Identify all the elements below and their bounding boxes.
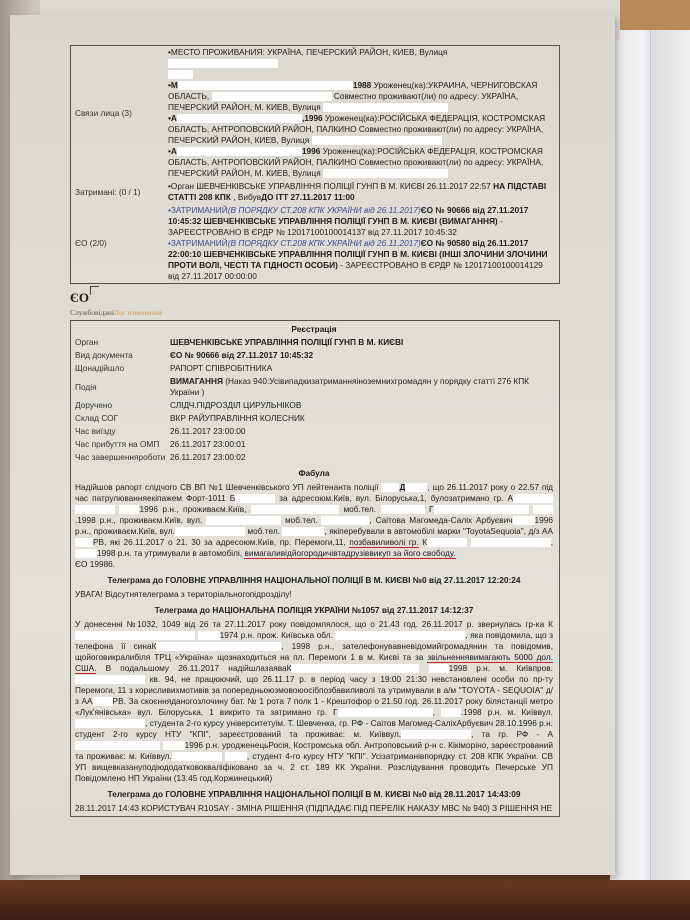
text: .1998 р.н., проживаєм.Київ, вул.: [75, 515, 202, 525]
redaction: [405, 483, 427, 492]
telegram-body: УВАГА! Відсутнятелеграма з територіально…: [75, 589, 553, 600]
fabula-text: Надійшов рапорт слідчого СВ ВП №1 Шевчен…: [75, 482, 553, 570]
eo-note: (В ПОРЯДКУ СТ.208 КПК УКРАЇНИ від 26.11.…: [228, 205, 421, 215]
eo-entry: •ЗАТРИМАНИЙ(В ПОРЯДКУ СТ.208 КПК УКРАЇНИ…: [168, 238, 553, 282]
redaction: [75, 549, 97, 558]
reg-value: 26.11.2017 23:00:00: [170, 426, 553, 437]
reg-row-departure: Час виїзду 26.11.2017 23:00:00: [75, 426, 553, 437]
redaction: [212, 92, 332, 101]
redaction: [93, 697, 113, 706]
redaction: [168, 70, 193, 79]
reg-key: Щонадійшло: [75, 363, 170, 374]
redaction: [335, 631, 465, 640]
redaction: [381, 483, 399, 492]
redaction: [119, 505, 139, 514]
reg-key: Орган: [75, 337, 170, 348]
reg-value: ШЕВЧЕНКІВСЬКЕ УПРАВЛІННЯ ПОЛІЦІЇ ГУНП В …: [170, 337, 553, 348]
label-eo: ЄО (2/0): [71, 204, 166, 283]
redaction: [172, 752, 222, 761]
text: Надійшов рапорт слідчого СВ ВП №1 Шевчен…: [75, 482, 379, 492]
redaction: [177, 114, 302, 123]
event-type: ВИМАГАННЯ: [170, 376, 223, 386]
text: 1998 р.н. та утримували в автомобілі,: [97, 548, 244, 558]
redaction: [168, 59, 278, 68]
reg-key: Склад СОГ: [75, 413, 170, 424]
reg-value: 26.11.2017 23:00:01: [170, 439, 553, 450]
redaction: [513, 516, 535, 525]
redaction: [441, 708, 461, 717]
reg-row-arrival: Час прибуття на ОМП 26.11.2017 23:00:01: [75, 439, 553, 450]
text: 1974 р.н. прож. Київська обл.: [220, 630, 333, 640]
redaction: [401, 730, 471, 739]
redaction: [178, 81, 353, 90]
desk-surface: [0, 880, 690, 920]
reg-value: СЛІДЧ.ПІДРОЗДІЛ ЦИРУЛЬНІКОВ: [170, 400, 553, 411]
redaction: [323, 103, 448, 112]
entry-year: 1988: [353, 80, 371, 90]
text: моб.тел.: [339, 504, 376, 514]
reg-value: РАПОРТ СПІВРОБІТНИКА: [170, 363, 553, 374]
redaction: [235, 494, 275, 503]
redaction: [75, 631, 195, 640]
reg-value: ВКР РАЙУПРАВЛІННЯ КОЛЕСНИК: [170, 413, 553, 424]
label-links: Связи лица (3): [71, 46, 166, 180]
reg-key: Час прибуття на ОМП: [75, 439, 170, 450]
registration-title: Реєстрація: [75, 324, 553, 335]
person-info-table: Связи лица (3) •МЕСТО ПРОЖИВАНИЯ: УКРАЇН…: [70, 45, 560, 284]
redaction: [291, 664, 419, 673]
eo-heading-text: ЄО: [70, 290, 89, 305]
underlined-phrase: позбавиливолі гр.: [349, 537, 418, 548]
eo-entry: •ЗАТРИМАНИЙ(В ПОРЯДКУ СТ.208 КПК УКРАЇНИ…: [168, 205, 553, 238]
underlined-phrase: вимагаливідйогородичівтадрузіввикуп за й…: [244, 548, 455, 559]
link-entry: •МЕСТО ПРОЖИВАНИЯ: УКРАЇНА, ПЕЧЕРСКИЙ РА…: [168, 47, 553, 80]
detained-link[interactable]: •ЗАТРИМАНИЙ: [168, 238, 228, 248]
entry-text: •М: [168, 80, 178, 90]
text: ЄО 19986.: [75, 559, 115, 569]
document-content: Связи лица (3) •МЕСТО ПРОЖИВАНИЯ: УКРАЇН…: [70, 45, 560, 817]
corner-mark-icon: [90, 286, 99, 295]
entry-text: •А: [168, 146, 177, 156]
redaction: [312, 136, 442, 145]
reg-key: Час завершенняроботи: [75, 452, 170, 463]
redaction: [533, 505, 553, 514]
text: , якіперебували в автомобілі марки "Toyo…: [324, 526, 553, 536]
text: за адресоюм.Київ, вул. Білоруська,1, бул…: [275, 493, 513, 503]
redaction: [513, 494, 553, 503]
label-detained: Затримані: (0 / 1): [71, 180, 166, 204]
reg-row-doc-type: Вид документа ЄО № 90666 від 27.11.2017 …: [75, 350, 553, 361]
telegram-title: Телеграма до НАЦІОНАЛЬНА ПОЛІЦІЯ УКРАЇНИ…: [75, 605, 553, 616]
redaction: [206, 516, 281, 525]
entry-year: ,1996: [302, 113, 323, 123]
text: К: [419, 537, 427, 547]
reg-row-organ: Орган ШЕВЧЕНКІВСЬКЕ УПРАВЛІННЯ ПОЛІЦІЇ Г…: [75, 337, 553, 348]
detained-destination: ДО ІТТ 27.11.2017 11:00: [261, 192, 355, 202]
redaction: [434, 505, 529, 514]
text: У донесенні №1032, 1049 від 26 та 27.11.…: [75, 619, 553, 629]
reg-value: ЄО № 90666 від 27.11.2017 10:45:32: [170, 350, 553, 361]
redaction: [75, 719, 145, 728]
redaction: [251, 505, 339, 514]
text: , та гр. РФ - А: [471, 729, 553, 739]
telegram-body: У донесенні №1032, 1049 від 26 та 27.11.…: [75, 619, 553, 784]
text: 1996 р.н., проживаєм.Київ,: [139, 504, 246, 514]
reg-key: Час виїзду: [75, 426, 170, 437]
reg-value: ВИМАГАННЯ (Наказ 940:Усівипадкизатриманн…: [170, 376, 553, 398]
registration-box: Реєстрація Орган ШЕВЧЕНКІВСЬКЕ УПРАВЛІНН…: [70, 320, 560, 817]
reg-key: Подія: [75, 376, 170, 398]
change-log-link[interactable]: Лог изменений: [114, 308, 162, 317]
telegram-title: Телеграма до ГОЛОВНЕ УПРАВЛІННЯ НАЦІОНАЛ…: [75, 575, 553, 586]
reg-row-received: Щонадійшло РАПОРТ СПІВРОБІТНИКА: [75, 363, 553, 374]
text: моб.тел.: [245, 526, 280, 536]
entry-text: •А: [168, 113, 177, 123]
redaction: [427, 538, 467, 547]
link-entry: •А1996 Уроженец(ка):РОСІЙСЬКА ФЕДЕРАЦІЯ,…: [168, 146, 553, 179]
telegram-body: 28.11.2017 14:43 КОРИСТУВАЧ R10SAY - ЗМІ…: [75, 803, 553, 814]
reg-key: Доручено: [75, 400, 170, 411]
redaction: [381, 505, 425, 514]
paper-stack-right: [610, 30, 690, 920]
redaction: [163, 741, 185, 750]
redaction: [75, 505, 115, 514]
redaction: [323, 169, 448, 178]
detained-text: •Орган ШЕВЧЕНКІВСЬКЕ УПРАВЛІННЯ ПОЛІЦІЇ …: [168, 181, 493, 191]
detained-value: •Орган ШЕВЧЕНКІВСЬКЕ УПРАВЛІННЯ ПОЛІЦІЇ …: [166, 180, 559, 204]
text: В подальшому 26.11.2017 надійшлазаяваК: [96, 663, 291, 673]
redaction: [175, 527, 245, 536]
redaction: [338, 708, 433, 717]
reg-row-assigned: Доручено СЛІДЧ.ПІДРОЗДІЛ ЦИРУЛЬНІКОВ: [75, 400, 553, 411]
redaction: [471, 538, 551, 547]
redaction: [75, 675, 145, 684]
redaction: [75, 741, 160, 750]
sub-links: СлужбовіданіЛог изменений: [70, 308, 560, 317]
text: .1998 р.н. м. Київвул.: [461, 707, 553, 717]
redaction: [321, 516, 369, 525]
detained-link[interactable]: •ЗАТРИМАНИЙ: [168, 205, 228, 215]
redaction: [282, 527, 324, 536]
link-entry: •А,1996 Уроженец(ка):РОСІЙСЬКА ФЕДЕРАЦІЯ…: [168, 113, 553, 146]
reg-value: 26.11.2017 23:00:02: [170, 452, 553, 463]
eo-note: (В ПОРЯДКУ СТ.208 КПК УКРАЇНИ від 26.11.…: [228, 238, 421, 248]
text: 1998 р.н. м. Київпров.: [449, 663, 553, 673]
reg-row-completion: Час завершенняроботи 26.11.2017 23:00:02: [75, 452, 553, 463]
links-value: •МЕСТО ПРОЖИВАНИЯ: УКРАЇНА, ПЕЧЕРСКИЙ РА…: [166, 46, 559, 180]
telegram-title: Телеграма до ГОЛОВНЕ УПРАВЛІННЯ НАЦІОНАЛ…: [75, 789, 553, 800]
detained-text: , Вибув: [231, 192, 261, 202]
text: моб.тел.: [281, 515, 317, 525]
text: РВ, які 26.11.2017 о 21. 30 за адресоюм.…: [93, 537, 349, 547]
entry-text: •МЕСТО ПРОЖИВАНИЯ: УКРАЇНА, ПЕЧЕРСКИЙ РА…: [168, 47, 447, 57]
redaction: [156, 642, 281, 651]
redaction: [225, 752, 247, 761]
eo-value: •ЗАТРИМАНИЙ(В ПОРЯДКУ СТ.208 КПК УКРАЇНИ…: [166, 204, 559, 283]
entry-year: 1996: [302, 146, 320, 156]
event-note: (Наказ 940:Усівипадкизатриманняіноземних…: [170, 376, 529, 397]
redaction: [198, 631, 220, 640]
reg-key: Вид документа: [75, 350, 170, 361]
reg-row-event: Подія ВИМАГАННЯ (Наказ 940:Усівипадкизат…: [75, 376, 553, 398]
fabula-title: Фабула: [75, 468, 553, 479]
redaction: [75, 538, 93, 547]
text: , Саітова Магомеда-Салiх Арбуєвич: [369, 515, 512, 525]
reg-row-team: Склад СОГ ВКР РАЙУПРАВЛІННЯ КОЛЕСНИК: [75, 413, 553, 424]
redaction: [429, 664, 449, 673]
redaction: [177, 147, 302, 156]
text: Г: [425, 504, 434, 514]
eo-heading: ЄО: [70, 290, 560, 306]
link-entry: •М1988 Уроженец(ка):УКРАИНА, ЧЕРНИГОВСКА…: [168, 80, 553, 113]
service-data-link[interactable]: Службовідані: [70, 308, 114, 317]
